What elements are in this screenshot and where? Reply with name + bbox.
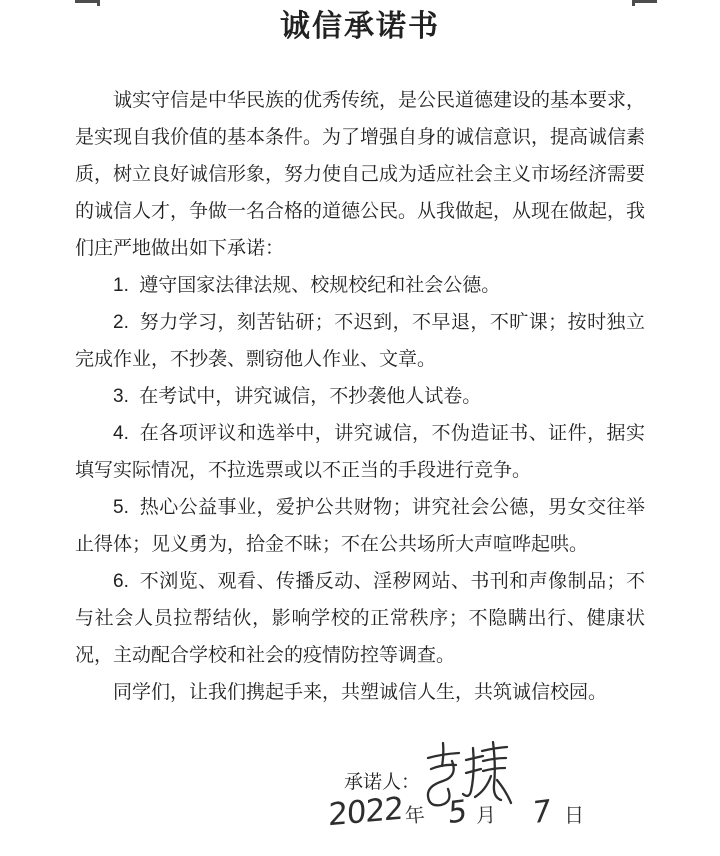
document-page: 诚信承诺书 诚实守信是中华民族的优秀传统，是公民道德建设的基本要求，是实现自我价… — [0, 0, 720, 856]
promise-text: 在考试中，讲究诚信，不抄袭他人试卷。 — [139, 386, 481, 407]
closing-paragraph: 同学们，让我们携起手来，共塑诚信人生，共筑诚信校园。 — [75, 674, 645, 711]
promise-item: 2.努力学习，刻苦钻研；不迟到，不早退，不旷课；按时独立完成作业，不抄袭、剽窃他… — [75, 304, 645, 378]
promise-item: 5.热心公益事业，爱护公共财物；讲究社会公德，男女交往举止得体；见义勇为，拾金不… — [75, 489, 645, 563]
promise-number: 1. — [113, 275, 129, 296]
promise-text: 在各项评议和选举中，讲究诚信，不伪造证书、证件，据实填写实际情况，不拉选票或以不… — [75, 423, 645, 481]
promise-number: 2. — [113, 312, 129, 333]
day-unit-label: 日 — [564, 801, 584, 831]
promise-item: 4.在各项评议和选举中，讲究诚信，不伪造证书、证件，据实填写实际情况，不拉选票或… — [75, 415, 645, 489]
crop-mark-left-icon — [75, 0, 100, 3]
handwritten-day: 7 — [531, 794, 552, 833]
intro-paragraph: 诚实守信是中华民族的优秀传统，是公民道德建设的基本要求，是实现自我价值的基本条件… — [75, 82, 645, 267]
promise-text: 热心公益事业，爱护公共财物；讲究社会公德，男女交往举止得体；见义勇为，拾金不昧；… — [75, 497, 645, 555]
promise-number: 3. — [113, 386, 129, 407]
promise-text: 不浏览、观看、传播反动、淫秽网站、书刊和声像制品；不与社会人员拉帮结伙，影响学校… — [75, 571, 645, 666]
handwritten-year: 2022 — [328, 791, 403, 834]
promise-item: 1.遵守国家法律法规、校规校纪和社会公德。 — [75, 267, 645, 304]
promise-text: 遵守国家法律法规、校规校纪和社会公德。 — [139, 275, 500, 296]
document-body: 诚实守信是中华民族的优秀传统，是公民道德建设的基本要求，是实现自我价值的基本条件… — [75, 82, 645, 711]
year-unit-label: 年 — [404, 800, 427, 832]
month-unit-label: 月 — [475, 801, 496, 832]
promise-item: 6.不浏览、观看、传播反动、淫秽网站、书刊和声像制品；不与社会人员拉帮结伙，影响… — [75, 563, 645, 674]
promise-item: 3.在考试中，讲究诚信，不抄袭他人试卷。 — [75, 378, 645, 415]
promise-number: 4. — [113, 423, 129, 444]
crop-mark-right-icon — [632, 0, 657, 3]
promise-number: 6. — [113, 571, 129, 592]
signature-date-row: 2022 年 5 月 7 日 — [328, 794, 584, 831]
promise-number: 5. — [113, 497, 129, 518]
document-title: 诚信承诺书 — [0, 8, 720, 46]
promise-text: 努力学习，刻苦钻研；不迟到，不早退，不旷课；按时独立完成作业，不抄袭、剽窃他人作… — [75, 312, 645, 370]
handwritten-month: 5 — [447, 794, 468, 833]
